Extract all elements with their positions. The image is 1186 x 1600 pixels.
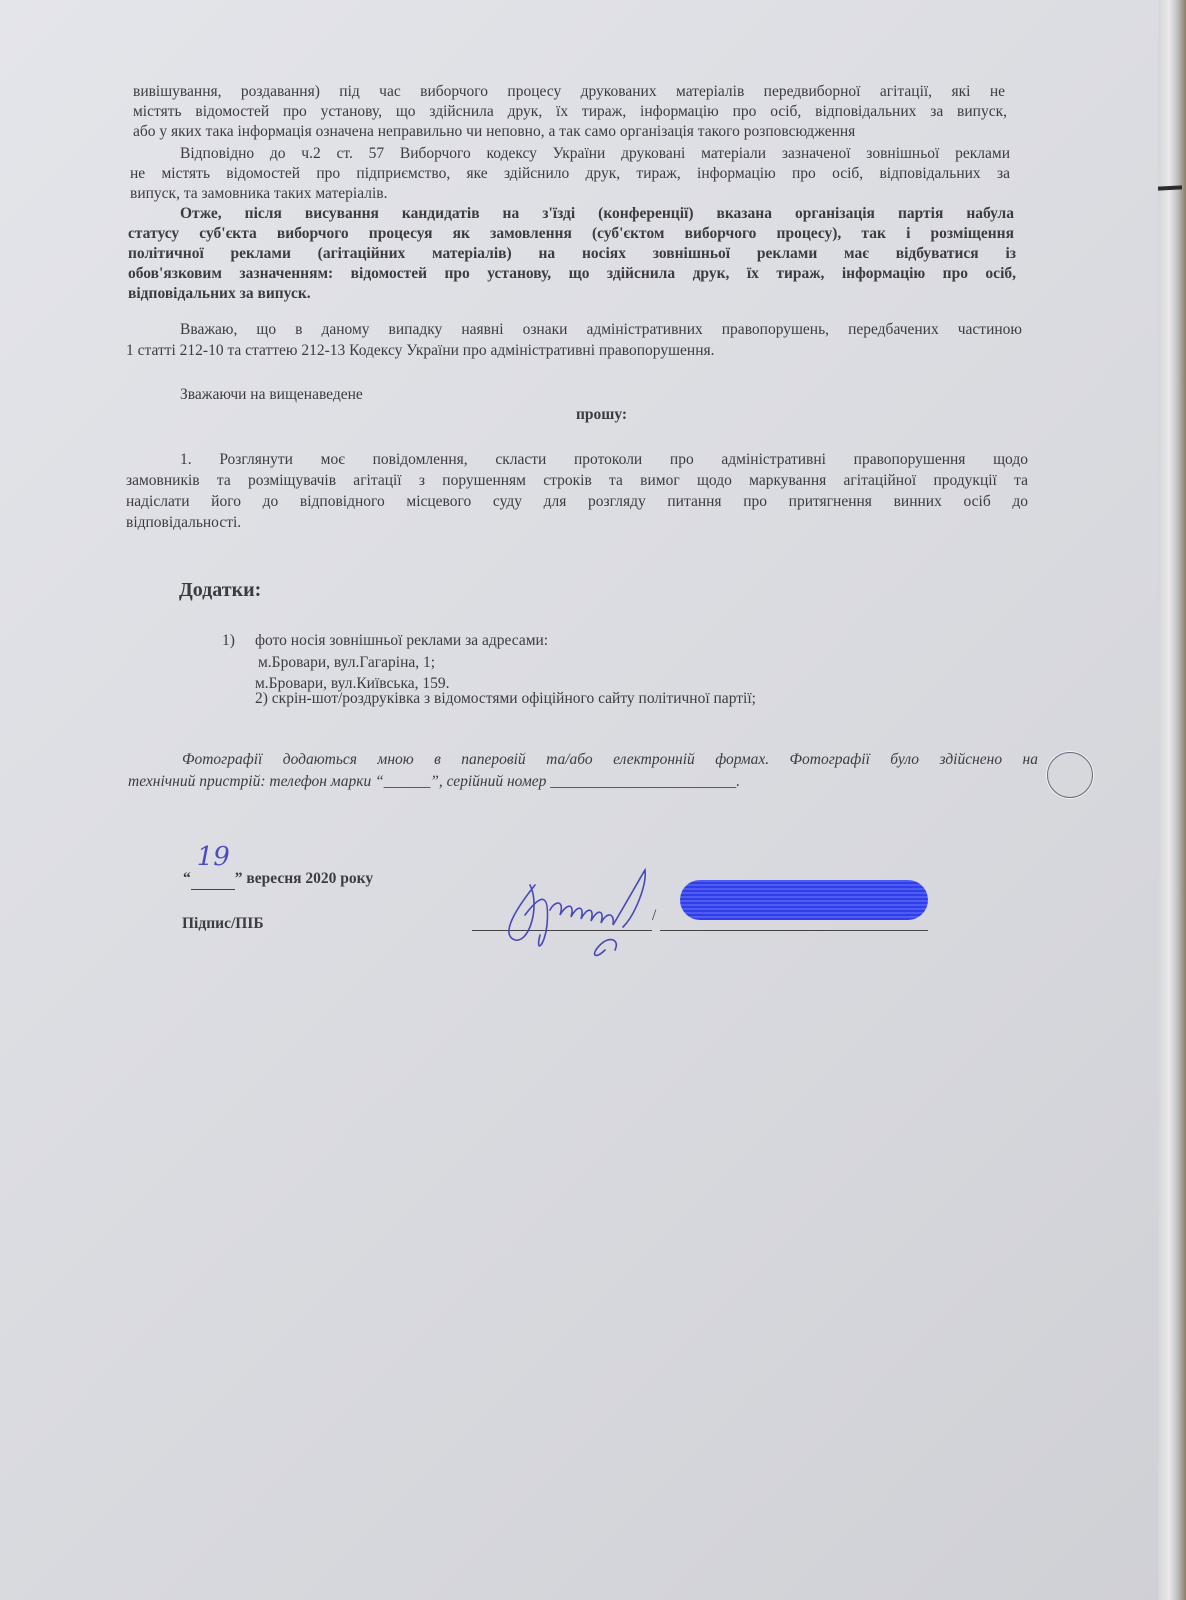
- text-line: відповідальних за випуск.: [128, 284, 311, 304]
- text-line: або у яких така інформація означена непр…: [133, 122, 855, 142]
- edge-mark: [1158, 185, 1182, 190]
- attachment-address-1: м.Бровари, вул.Гагаріна, 1;: [258, 653, 435, 673]
- text-line: надіслати його до відповідного місцевого…: [126, 492, 1028, 512]
- considering-text: Зважаючи на вищенаведене: [180, 385, 363, 405]
- signature-date: “19 ” вересня 2020 року: [183, 869, 373, 890]
- name-underline: [660, 930, 928, 931]
- date-month-year: вересня 2020 року: [246, 870, 373, 887]
- text-line: Відповідно до ч.2 ст. 57 Виборчого кодек…: [180, 144, 1010, 164]
- text-line: містять відомостей про установу, що здій…: [133, 102, 1007, 122]
- text-line: замовників та розміщувачів агітації з по…: [126, 471, 1028, 491]
- attachments-heading: Додатки:: [179, 580, 261, 600]
- text-line: не містять відомостей про підприємство, …: [130, 164, 1010, 184]
- text-line: технічний пристрій: телефон марки “_____…: [128, 772, 740, 792]
- text-line: Отже, після висування кандидатів на з'їз…: [180, 204, 1014, 224]
- text-line: вивішування, роздавання) під час виборчо…: [133, 82, 1005, 102]
- date-day-handwritten: 19: [197, 847, 230, 867]
- signature-label: Підпис/ПІБ: [182, 914, 264, 934]
- redaction-block: [680, 880, 928, 920]
- handwritten-signature-icon: [495, 865, 665, 960]
- date-open-quote: “: [183, 870, 191, 887]
- text-line: політичної реклами (агітаційних матеріал…: [128, 244, 1016, 264]
- text-line: 1. Розглянути моє повідомлення, скласти …: [180, 450, 1028, 470]
- text-line: обов'язковим зазначенням: відомостей про…: [128, 264, 1016, 284]
- text-line: статусу суб'єкта виборчого процесуя як з…: [128, 224, 1014, 244]
- date-day-field: 19: [191, 869, 235, 890]
- text-line: відповідальності.: [126, 513, 241, 533]
- text-line: Фотографії додаються мною в паперовій та…: [182, 750, 1038, 770]
- attachment-1-text: фото носія зовнішньої реклами за адресам…: [255, 631, 548, 651]
- text-line: 1 статті 212-10 та статтею 212-13 Кодекс…: [126, 341, 715, 361]
- attachment-2-text: 2) скрін-шот/роздруківка з відомостями о…: [255, 689, 756, 709]
- paper-edge: [1158, 0, 1186, 1600]
- attachment-1-number: 1): [222, 631, 235, 651]
- request-heading: прошу:: [576, 405, 627, 425]
- text-line: Вважаю, що в даному випадку наявні ознак…: [180, 320, 1022, 340]
- date-close-quote: ”: [235, 870, 243, 887]
- text-line: випуск, та замовника таких матеріалів.: [130, 184, 388, 204]
- touch-indicator-icon: [1047, 752, 1093, 798]
